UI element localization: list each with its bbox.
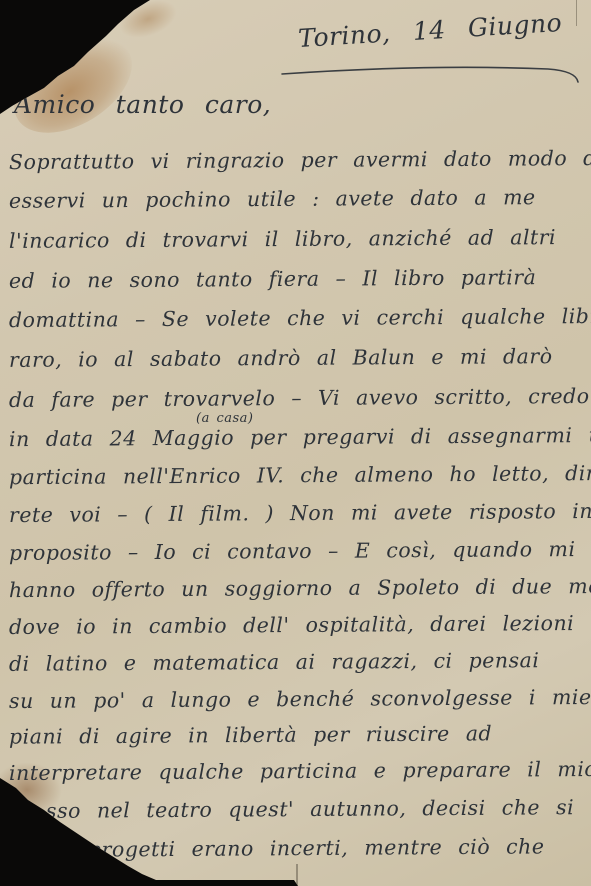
- torn-edge-stain-top-2: [114, 0, 182, 45]
- letter-line-13: dove io in cambio dell' ospitalità, dare…: [9, 611, 574, 639]
- letter-line-2: esservi un pochino utile : avete dato a …: [9, 185, 536, 213]
- letter-line-17: interpretare qualche particina e prepara…: [9, 757, 591, 785]
- photo-background: Torino, 14 Giugno Amico tanto caro, Sopr…: [0, 0, 591, 886]
- paper-crease-top-right: [576, 0, 577, 26]
- letter-line-5: domattina – Se volete che vi cerchi qual…: [9, 304, 591, 332]
- letter-line-12: hanno offerto un soggiorno a Spoleto di …: [9, 574, 591, 602]
- letter-line-18: sso nel teatro quest' autunno, decisi ch…: [46, 795, 574, 823]
- letter-line-7: da fare per trovarvelo – Vi avevo scritt…: [9, 384, 590, 412]
- interlinear-note: (a casa): [196, 411, 253, 426]
- date-line: Torino, 14 Giugno: [297, 8, 563, 53]
- torn-edge-stain-top: [0, 17, 149, 152]
- letter-paper: Torino, 14 Giugno Amico tanto caro, Sopr…: [0, 0, 591, 886]
- letter-line-15: su un po' a lungo e benché sconvolgesse …: [9, 685, 591, 713]
- letter-line-4: ed io ne sono tanto fiera – Il libro par…: [9, 265, 536, 293]
- letter-line-10: rete voi – ( Il film. ) Non mi avete ris…: [9, 499, 591, 527]
- salutation: Amico tanto caro,: [14, 90, 271, 119]
- date-underline-stroke: [278, 58, 588, 88]
- paper-crease-bottom: [296, 864, 298, 886]
- letter-line-6: raro, io al sabato andrò al Balun e mi d…: [9, 344, 553, 372]
- letter-line-1: Soprattutto vi ringrazio per avermi dato…: [9, 146, 591, 174]
- letter-line-16: piani di agire in libertà per riuscire a…: [9, 721, 492, 748]
- letter-line-3: l'incarico di trovarvi il libro, anziché…: [9, 225, 556, 253]
- letter-line-19: progetti erano incerti, mentre ciò che: [88, 834, 545, 861]
- letter-line-8: in data 24 Maggio per pregarvi di assegn…: [9, 423, 591, 451]
- letter-line-11: proposito – Io ci contavo – E così, quan…: [9, 537, 576, 565]
- letter-line-14: di latino e matematica ai ragazzi, ci pe…: [9, 648, 540, 676]
- letter-line-9: particina nell'Enrico IV. che almeno ho …: [9, 461, 591, 489]
